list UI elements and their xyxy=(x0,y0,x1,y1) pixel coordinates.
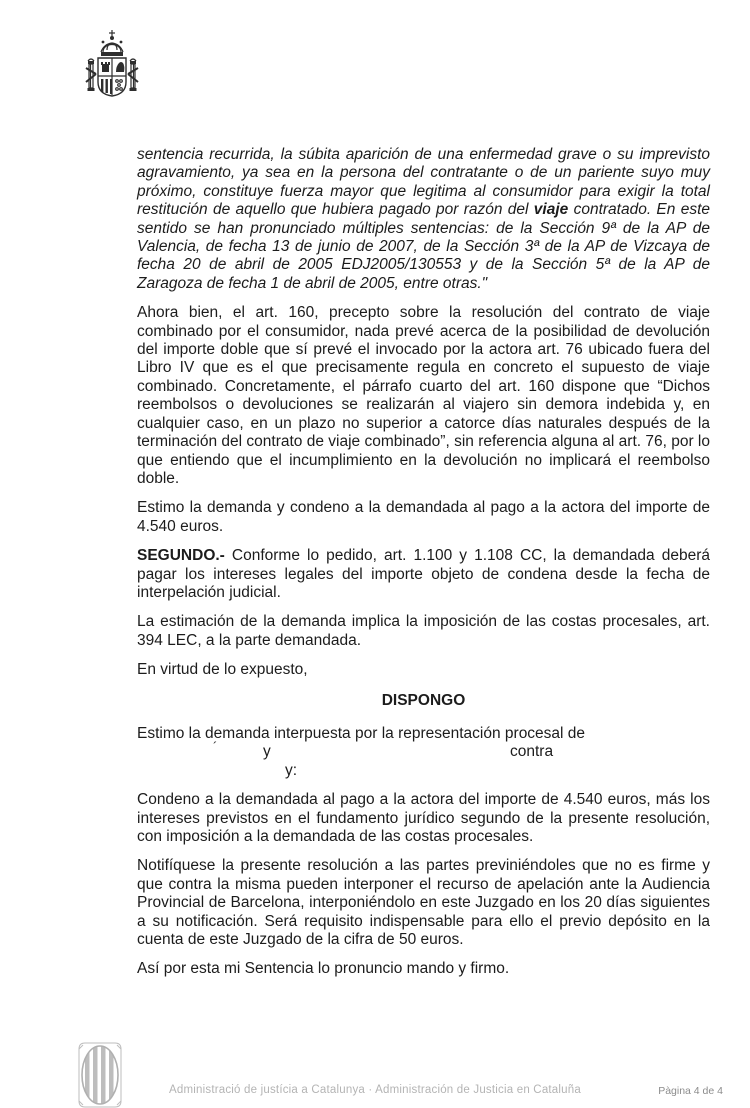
estimo-line3: y: xyxy=(285,762,710,780)
redaction-remnant-mark: ´ xyxy=(213,738,217,756)
paragraph-segundo: SEGUNDO.- Conforme lo pedido, art. 1.100… xyxy=(137,547,710,602)
document-body: sentencia recurrida, la súbita aparición… xyxy=(137,146,710,990)
segundo-label: SEGUNDO.- xyxy=(137,547,225,564)
document-page: sentencia recurrida, la súbita aparición… xyxy=(0,0,750,1108)
footer-administration-text: Administració de justícia a Catalunya · … xyxy=(0,1084,750,1096)
paragraph-estimo-interpuesta: Estimo la demanda interpuesta por la rep… xyxy=(137,725,710,780)
paragraph-firmo: Así por esta mi Sentencia lo pronuncio m… xyxy=(137,960,710,978)
paragraph-costas: La estimación de la demanda implica la i… xyxy=(137,613,710,650)
estimo-line1: Estimo la demanda interpuesta por la rep… xyxy=(137,725,585,742)
spain-coat-of-arms-icon xyxy=(84,28,140,114)
estimo-line2-contra: contra xyxy=(510,743,553,761)
estimo-line2-y: y xyxy=(263,743,271,760)
quote-bold-word: viaje xyxy=(534,201,568,218)
quoted-jurisprudence-paragraph: sentencia recurrida, la súbita aparición… xyxy=(137,146,710,293)
catalonia-justice-logo-icon xyxy=(77,1041,123,1108)
paragraph-estimo-demanda: Estimo la demanda y condeno a la demanda… xyxy=(137,499,710,536)
paragraph-notifiquese: Notifíquese la presente resolución a las… xyxy=(137,857,710,949)
paragraph-ahora-bien: Ahora bien, el art. 160, precepto sobre … xyxy=(137,304,710,488)
paragraph-condeno: Condeno a la demandada al pago a la acto… xyxy=(137,791,710,846)
footer-page-number: Pàgina 4 de 4 xyxy=(658,1085,723,1097)
dispongo-heading: DISPONGO xyxy=(137,692,710,710)
paragraph-en-virtud: En virtud de lo expuesto, xyxy=(137,661,710,679)
estimo-line2: ycontra xyxy=(137,743,710,761)
